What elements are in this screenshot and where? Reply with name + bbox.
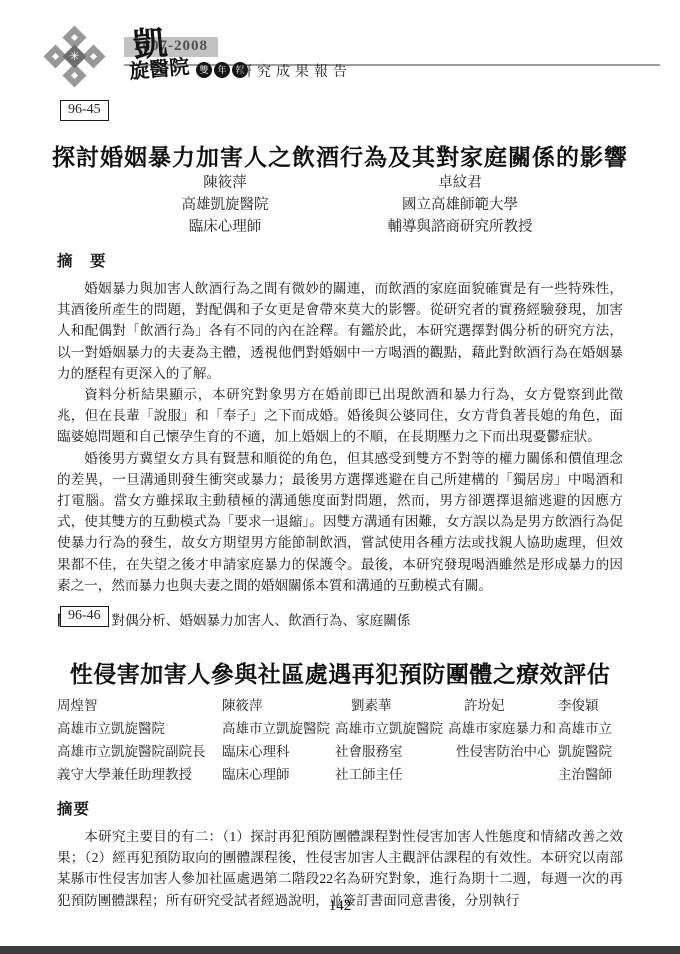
header-subtitle: 研究成果報告	[238, 61, 352, 81]
author-affiliation-line: 高雄市家庭暴力和	[448, 717, 564, 740]
author-name: 陳筱萍	[110, 172, 340, 194]
author-affiliation-line: 高雄市立凱旋醫院副院長	[57, 740, 225, 763]
paper-title-1: 探討婚姻暴力加害人之飲酒行為及其對家庭關係的影響	[28, 139, 652, 172]
author-affiliation-line: 高雄市立凱旋醫院	[222, 717, 334, 740]
abstract-section-2: 摘要 本研究主要目的有二：（1）探討再犯預防團體課程對性侵害加害人性態度和情緒改…	[57, 797, 623, 911]
author-affiliation-line: 凱旋醫院	[558, 740, 628, 763]
author-column: 陳筱萍 高雄凱旋醫院 臨床心理師	[110, 172, 340, 238]
author-column: 許坋妃 高雄市家庭暴力和 性侵害防治中心	[448, 694, 564, 763]
abstract-section-1: 摘 要 婚姻暴力與加害人飲酒行為之間有微妙的關連，而飲酒的家庭面貌確實是有一些特…	[57, 249, 623, 643]
abstract-heading: 摘 要	[57, 249, 623, 271]
abstract-paragraph: 婚姻暴力與加害人飲酒行為之間有微妙的關連，而飲酒的家庭面貌確實是有一些特殊性，其…	[57, 278, 623, 384]
study-code-2: 96-46	[60, 606, 109, 627]
author-affiliation-line: 主治醫師	[558, 763, 628, 786]
author-column: 周煌智 高雄市立凱旋醫院 高雄市立凱旋醫院副院長 義守大學兼任助理教授	[57, 694, 225, 786]
author-affiliation-line: 高雄市立凱旋醫院	[57, 717, 225, 740]
author-affiliation-line: 臨床心理科	[222, 740, 334, 763]
hospital-logo-icon: ✳	[46, 28, 104, 86]
study-code-1: 96-45	[60, 100, 109, 121]
abstract-paragraph: 資料分析結果顯示，本研究對象男方在婚前即已出現飲酒和暴力行為，女方覺察到此徵兆，…	[57, 384, 623, 448]
author-name: 劉素華	[335, 694, 447, 717]
author-affiliation-line: 國立高雄師範大學	[340, 194, 580, 216]
author-affiliation-line: 臨床心理師	[110, 216, 340, 238]
author-affiliation-line: 高雄凱旋醫院	[110, 194, 340, 216]
author-affiliation-line: 社工師主任	[335, 763, 447, 786]
author-column: 李俊穎 高雄市立 凱旋醫院 主治醫師	[558, 694, 628, 786]
document-page: ✳ 2007-2008 凱 旋醫院 雙 年 報 研究成果報告 96-45 探討婚…	[0, 0, 680, 954]
author-name: 陳筱萍	[222, 694, 334, 717]
author-affiliation-line: 高雄市立凱旋醫院	[335, 717, 447, 740]
author-name: 卓紋君	[340, 172, 580, 194]
abstract-heading: 摘要	[57, 797, 623, 819]
keywords-line: 關鍵詞：對偶分析、婚姻暴力加害人、飲酒行為、家庭關係	[57, 609, 623, 629]
keywords-text: 對偶分析、婚姻暴力加害人、飲酒行為、家庭關係	[111, 613, 410, 628]
badge-circle-icon: 年	[214, 62, 230, 78]
author-name: 李俊穎	[558, 694, 628, 717]
page-number: 142	[0, 898, 680, 915]
author-affiliation-line: 社會服務室	[335, 740, 447, 763]
author-affiliation-line: 高雄市立	[558, 717, 628, 740]
logo-star-icon: ✳	[66, 48, 83, 65]
author-column: 卓紋君 國立高雄師範大學 輔導與諮商研究所教授	[340, 172, 580, 238]
author-name: 周煌智	[57, 694, 225, 717]
abstract-paragraph: 婚後男方冀望女方具有賢慧和順從的角色，但其感受到雙方不對等的權力關係和價值理念的…	[57, 448, 623, 596]
author-name: 許坋妃	[448, 694, 564, 717]
badge-circle-icon: 雙	[196, 62, 212, 78]
author-affiliation-line: 臨床心理師	[222, 763, 334, 786]
paper-title-2: 性侵害加害人參與社區處遇再犯預防團體之療效評估	[28, 656, 652, 689]
footer-bar	[0, 946, 680, 954]
author-affiliation-line: 性侵害防治中心	[448, 740, 564, 763]
author-column: 劉素華 高雄市立凱旋醫院 社會服務室 社工師主任	[335, 694, 447, 786]
author-affiliation-line: 輔導與諮商研究所教授	[340, 216, 580, 238]
author-affiliation-line: 義守大學兼任助理教授	[57, 763, 225, 786]
author-column: 陳筱萍 高雄市立凱旋醫院 臨床心理科 臨床心理師	[222, 694, 334, 786]
